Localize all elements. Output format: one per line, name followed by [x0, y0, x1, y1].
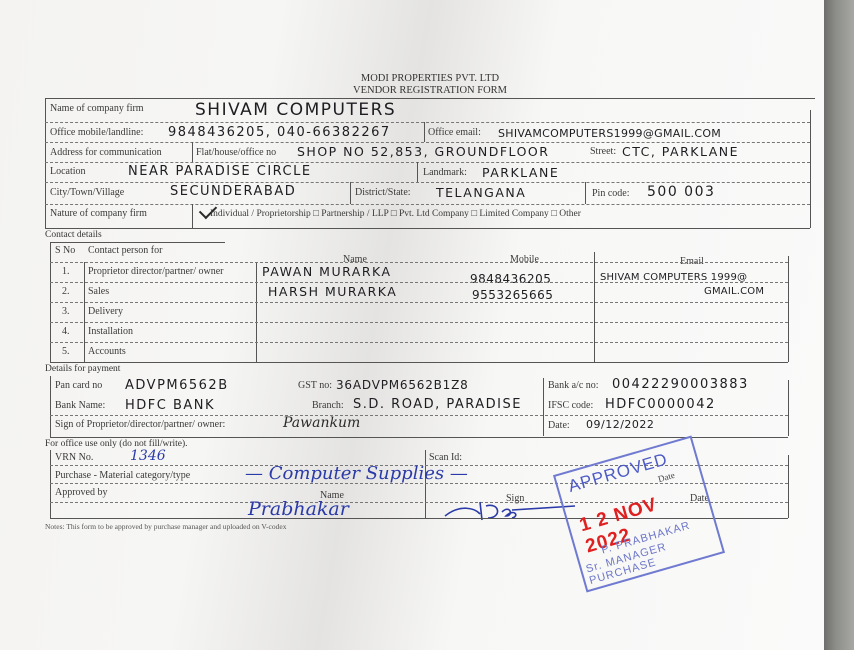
- office-email-value: SHIVAMCOMPUTERS1999@GMAIL.COM: [498, 127, 721, 140]
- row-name: HARSH MURARKA: [268, 284, 397, 299]
- rule: [45, 142, 810, 143]
- bank-name-label: Bank Name:: [55, 400, 105, 411]
- row-sno: 5.: [62, 346, 70, 357]
- gst-value: 36ADVPM6562B1Z8: [336, 378, 469, 392]
- city-label: City/Town/Village: [50, 187, 124, 198]
- rule: [50, 242, 225, 243]
- divider: [350, 182, 351, 204]
- border-left: [50, 450, 51, 518]
- payment-section-label: Details for payment: [45, 364, 120, 374]
- rule: [50, 437, 788, 438]
- location-label: Location: [50, 166, 86, 177]
- notes-text: Notes: This form to be approved by purch…: [45, 522, 286, 531]
- border-right: [788, 256, 789, 362]
- stamp-date-label: Date: [657, 470, 676, 484]
- company-name-label: Name of company firm: [50, 103, 144, 114]
- street-label: Street:: [590, 146, 616, 157]
- scan-label: Scan Id:: [429, 452, 462, 463]
- divider: [192, 204, 193, 228]
- row-sno: 4.: [62, 326, 70, 337]
- vrn-label: VRN No.: [55, 452, 93, 463]
- pan-label: Pan card no: [55, 380, 102, 391]
- rule: [45, 228, 810, 229]
- approver-signature: [440, 496, 580, 524]
- office-email-label: Office email:: [428, 127, 481, 138]
- row-role: Sales: [88, 286, 109, 297]
- bank-ac-value: 00422290003883: [612, 377, 749, 392]
- divider: [84, 262, 85, 362]
- row-email: GMAIL.COM: [704, 286, 764, 297]
- date-label: Date:: [548, 420, 570, 431]
- rule: [50, 262, 788, 263]
- col-contact-for: Contact person for: [88, 245, 162, 256]
- sign-label: Sign of Proprietor/director/partner/ own…: [55, 419, 225, 430]
- border-left: [45, 98, 46, 228]
- landmark-value: PARKLANE: [482, 165, 559, 180]
- divider: [585, 182, 586, 204]
- border-right: [788, 380, 789, 436]
- rule: [50, 342, 788, 343]
- row-role: Installation: [88, 326, 133, 337]
- bank-ac-label: Bank a/c no:: [548, 380, 599, 391]
- company-title: MODI PROPERTIES PVT. LTD: [300, 73, 560, 85]
- ifsc-value: HDFC0000042: [605, 397, 716, 412]
- rule: [50, 282, 788, 283]
- rule: [45, 122, 810, 123]
- district-label: District/State:: [355, 187, 411, 198]
- divider: [424, 122, 425, 142]
- rule: [45, 98, 815, 99]
- location-value: NEAR PARADISE CIRCLE: [128, 164, 312, 179]
- rule: [50, 302, 788, 303]
- contact-section-label: Contact details: [45, 230, 102, 240]
- row-sno: 1.: [62, 266, 70, 277]
- pin-label: Pin code:: [592, 188, 630, 199]
- rule: [45, 162, 810, 163]
- divider: [192, 142, 193, 162]
- pin-value: 500 003: [647, 184, 715, 200]
- nature-options: Individual / Proprietorship □ Partnershi…: [210, 209, 581, 219]
- col-sno: S No: [55, 245, 75, 256]
- approver-name-signature: Prabhakar: [248, 498, 349, 520]
- row-name: PAWAN MURARKA: [262, 264, 392, 279]
- border-right: [788, 455, 789, 518]
- mobile-value: 9848436205, 040-66382267: [168, 125, 391, 140]
- rule: [45, 204, 810, 205]
- divider: [543, 378, 544, 436]
- landmark-label: Landmark:: [423, 167, 467, 178]
- border-left: [50, 376, 51, 438]
- rule: [50, 322, 788, 323]
- rule: [45, 182, 810, 183]
- form-header: MODI PROPERTIES PVT. LTD VENDOR REGISTRA…: [300, 73, 560, 97]
- ifsc-label: IFSC code:: [548, 400, 593, 411]
- scanner-edge: [824, 0, 854, 650]
- row-role: Proprietor director/partner/ owner: [88, 266, 224, 277]
- date-value: 09/12/2022: [586, 418, 654, 431]
- district-value: TELANGANA: [436, 185, 526, 200]
- form-title: VENDOR REGISTRATION FORM: [300, 85, 560, 97]
- branch-value: S.D. ROAD, PARADISE: [353, 397, 522, 412]
- row-sno: 2.: [62, 286, 70, 297]
- gst-label: GST no:: [298, 380, 332, 391]
- owner-signature: Pawankum: [283, 415, 360, 431]
- divider: [256, 262, 257, 362]
- divider: [417, 162, 418, 182]
- rule: [50, 415, 788, 416]
- approved-by-label: Approved by: [55, 487, 108, 498]
- row-mobile: 9553265665: [472, 288, 553, 302]
- mobile-label: Office mobile/landline:: [50, 127, 143, 138]
- flat-value: SHOP NO 52,853, GROUNDFLOOR: [297, 144, 549, 159]
- border-right: [810, 110, 811, 228]
- flat-label: Flat/house/office no: [196, 147, 276, 158]
- row-sno: 3.: [62, 306, 70, 317]
- divider: [594, 252, 595, 362]
- city-value: SECUNDERABAD: [170, 184, 296, 199]
- vrn-value: 1346: [130, 448, 166, 464]
- street-value: CTC, PARKLANE: [622, 144, 739, 159]
- pan-value: ADVPM6562B: [125, 378, 229, 393]
- nature-label: Nature of company firm: [50, 208, 147, 219]
- row-role: Delivery: [88, 306, 123, 317]
- office-section-label: For office use only (do not fill/write).: [45, 439, 188, 449]
- purchase-value: — Computer Supplies —: [245, 463, 468, 484]
- divider: [425, 450, 426, 518]
- row-mobile: 9848436205: [470, 272, 551, 286]
- purchase-label: Purchase - Material category/type: [55, 470, 190, 481]
- col-mobile: Mobile: [510, 254, 539, 265]
- bank-name-value: HDFC BANK: [125, 398, 215, 413]
- branch-label: Branch:: [312, 400, 344, 411]
- address-label: Address for communication: [50, 147, 162, 158]
- row-role: Accounts: [88, 346, 126, 357]
- rule: [50, 362, 788, 363]
- company-name-value: SHIVAM COMPUTERS: [195, 100, 396, 120]
